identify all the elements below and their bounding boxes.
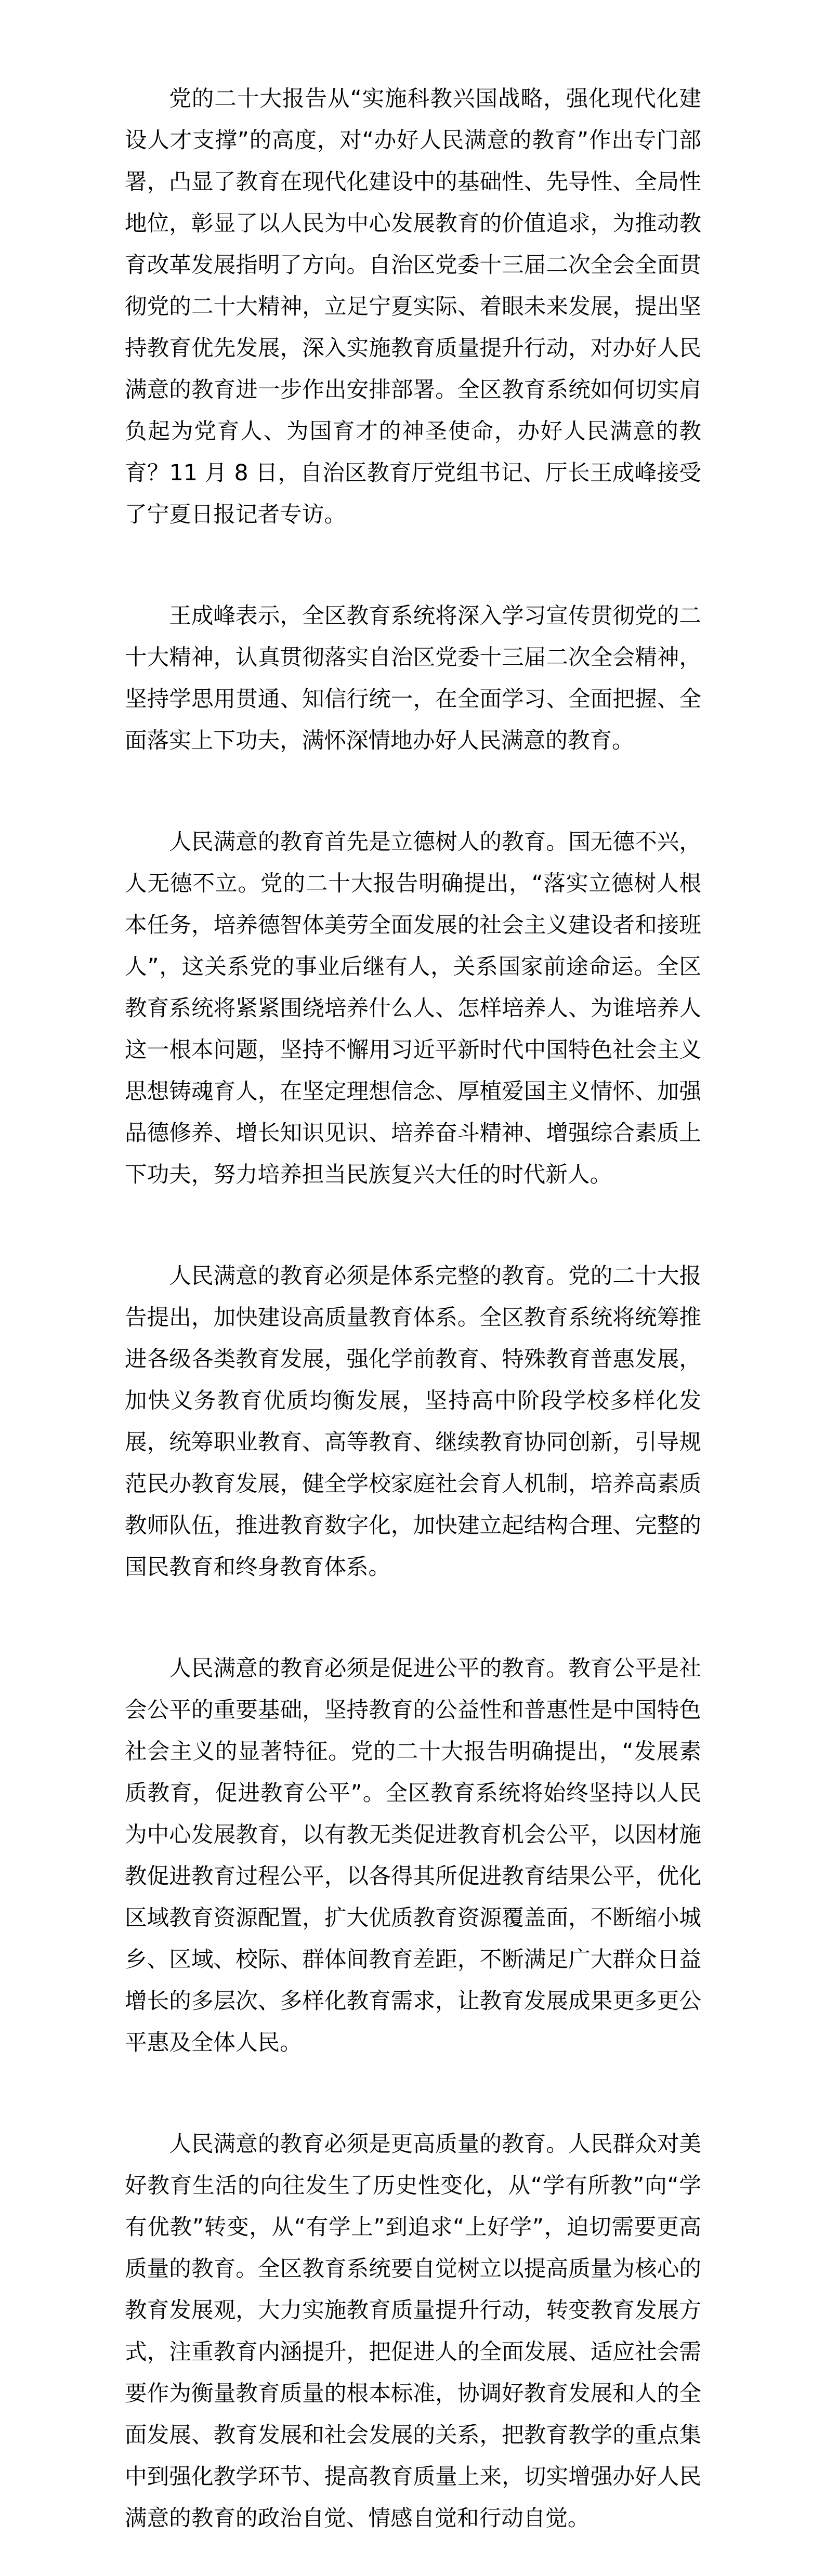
body-paragraph: 人民满意的教育必须是体系完整的教育。党的二十大报告提出，加快建设高质量教育体系。… [125, 1255, 701, 1588]
body-paragraph: 人民满意的教育首先是立德树人的教育。国无德不兴，人无德不立。党的二十大报告明确提… [125, 821, 701, 1195]
body-paragraph: 人民满意的教育必须是更高质量的教育。人民群众对美好教育生活的向往发生了历史性变化… [125, 2123, 701, 2539]
body-paragraph: 王成峰表示，全区教育系统将深入学习宣传贯彻党的二十大精神，认真贯彻落实自治区党委… [125, 595, 701, 761]
document-page: 党的二十大报告从“实施科教兴国战略，强化现代化建设人才支撑”的高度，对“办好人民… [0, 0, 825, 2576]
body-paragraph: 人民满意的教育必须是促进公平的教育。教育公平是社会公平的重要基础，坚持教育的公益… [125, 1648, 701, 2064]
article-body: 党的二十大报告从“实施科教兴国战略，强化现代化建设人才支撑”的高度，对“办好人民… [125, 78, 701, 2539]
body-paragraph: 党的二十大报告从“实施科教兴国战略，强化现代化建设人才支撑”的高度，对“办好人民… [125, 78, 701, 535]
